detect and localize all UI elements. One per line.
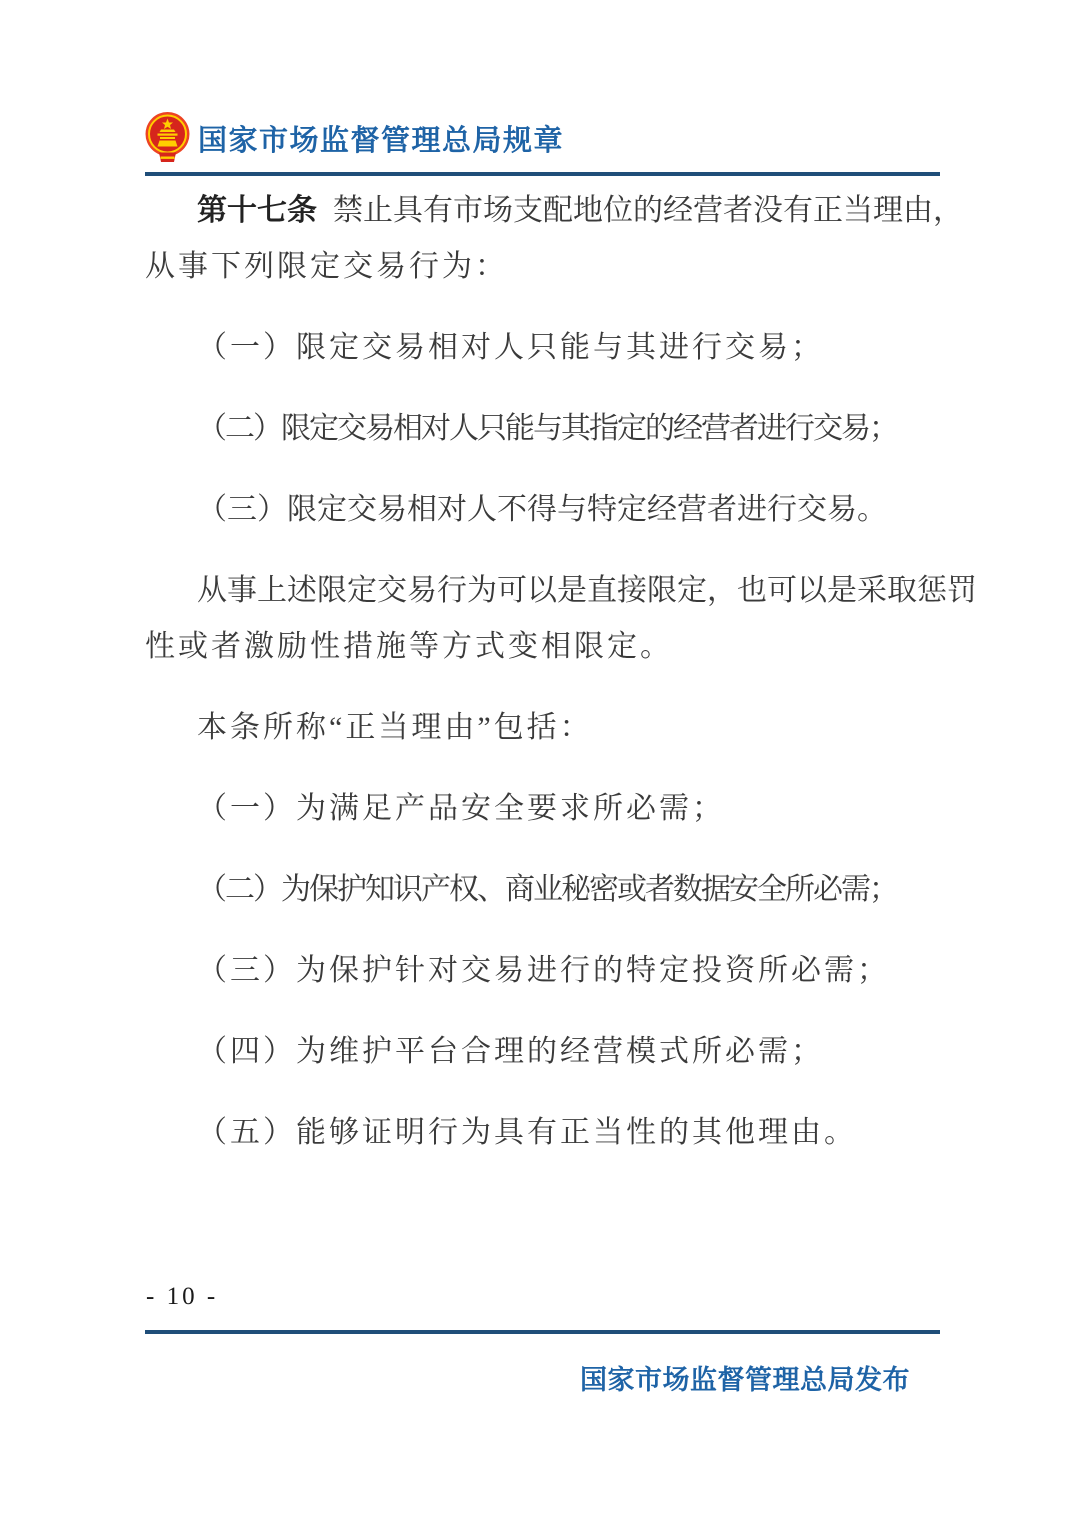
article-line: 第十七条禁止具有市场支配地位的经营者没有正当理由， xyxy=(145,183,945,239)
page-header-title: 国家市场监督管理总局规章 xyxy=(198,118,564,159)
paragraph-article-17: 第十七条禁止具有市场支配地位的经营者没有正当理由， 从事下列限定交易行为： xyxy=(145,183,945,295)
publisher: 国家市场监督管理总局发布 xyxy=(145,1358,940,1397)
list-item-2: （二）限定交易相对人只能与其指定的经营者进行交易； xyxy=(145,401,945,457)
article-line: 从事上述限定交易行为可以是直接限定，也可以是采取惩罚 xyxy=(145,563,945,619)
article-text: 禁止具有市场支配地位的经营者没有正当理由， xyxy=(333,194,963,227)
national-emblem-icon xyxy=(144,111,191,163)
article-line: （五）能够证明行为具有正当性的其他理由。 xyxy=(145,1105,945,1161)
article-line: （二）为保护知识产权、商业秘密或者数据安全所必需； xyxy=(145,862,945,918)
article-line: 本条所称“正当理由”包括： xyxy=(145,700,945,756)
reason-item-1: （一）为满足产品安全要求所必需； xyxy=(145,781,945,837)
article-line: （四）为维护平台合理的经营模式所必需； xyxy=(145,1024,945,1080)
article-line: （三）限定交易相对人不得与特定经营者进行交易。 xyxy=(145,482,945,538)
reason-item-4: （四）为维护平台合理的经营模式所必需； xyxy=(145,1024,945,1080)
article-line: （二）限定交易相对人只能与其指定的经营者进行交易； xyxy=(145,401,945,457)
list-item-1: （一）限定交易相对人只能与其进行交易； xyxy=(145,320,945,376)
article-line: （一）为满足产品安全要求所必需； xyxy=(145,781,945,837)
list-item-3: （三）限定交易相对人不得与特定经营者进行交易。 xyxy=(145,482,945,538)
article-line: 从事下列限定交易行为： xyxy=(145,239,945,295)
document-page: 国家市场监督管理总局规章 第十七条禁止具有市场支配地位的经营者没有正当理由， 从… xyxy=(0,0,1074,1520)
reason-item-3: （三）为保护针对交易进行的特定投资所必需； xyxy=(145,943,945,999)
article-body: 第十七条禁止具有市场支配地位的经营者没有正当理由， 从事下列限定交易行为： （一… xyxy=(145,183,945,1186)
paragraph-disguised-restriction: 从事上述限定交易行为可以是直接限定，也可以是采取惩罚 性或者激励性措施等方式变相… xyxy=(145,563,945,675)
article-line: 性或者激励性措施等方式变相限定。 xyxy=(145,619,945,675)
article-line: （三）为保护针对交易进行的特定投资所必需； xyxy=(145,943,945,999)
article-line: （一）限定交易相对人只能与其进行交易； xyxy=(145,320,945,376)
header-rule xyxy=(145,172,940,176)
paragraph-justified-reasons-intro: 本条所称“正当理由”包括： xyxy=(145,700,945,756)
reason-item-2: （二）为保护知识产权、商业秘密或者数据安全所必需； xyxy=(145,862,945,918)
page-number: - 10 - xyxy=(146,1283,218,1311)
reason-item-5: （五）能够证明行为具有正当性的其他理由。 xyxy=(145,1105,945,1161)
article-number: 第十七条 xyxy=(197,194,317,227)
footer-rule xyxy=(145,1330,940,1334)
